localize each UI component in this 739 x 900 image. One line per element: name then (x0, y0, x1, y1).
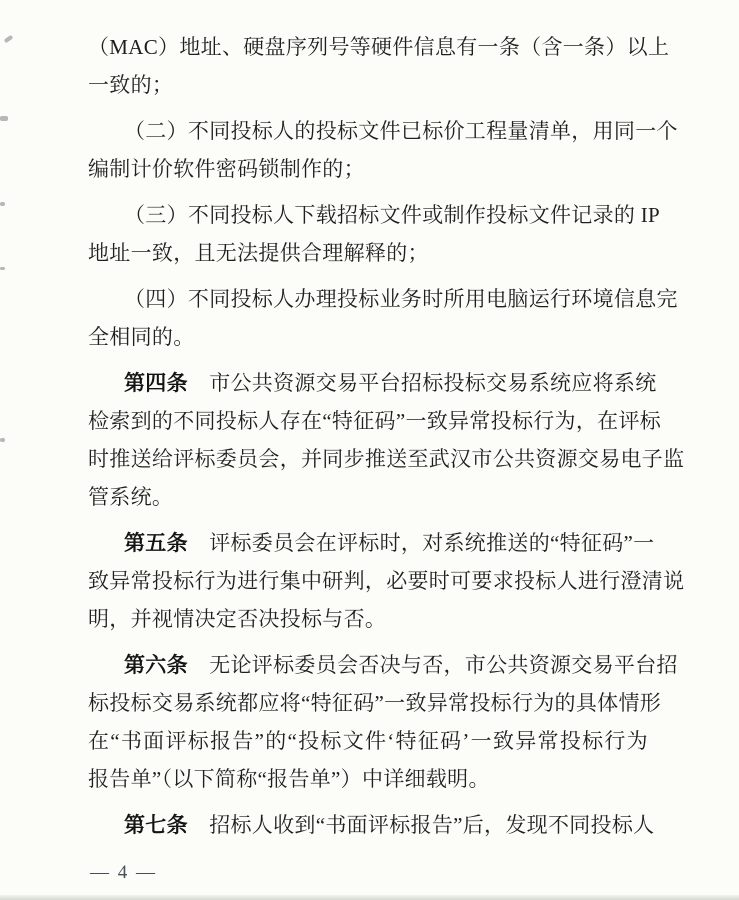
line-text: 全相同的。 (88, 325, 195, 349)
text-line: （四）不同投标人办理投标业务时所用电脑运行环境信息完 (88, 280, 648, 318)
text-line: 标投标交易系统都应将“特征码”一致异常投标行为的具体情形 (88, 684, 648, 722)
scan-speck (0, 267, 5, 270)
scan-speck (4, 35, 14, 43)
line-text: 明，并视情决定否决投标与否。 (88, 607, 386, 631)
scanned-document: { "page": { "width": 739, "height": 900,… (0, 0, 739, 900)
text-line: 第四条 市公共资源交易平台招标投标交易系统应将系统 (88, 364, 648, 402)
text-line: 时推送给评标委员会，并同步推送至武汉市公共资源交易电子监 (88, 440, 648, 478)
line-text: （四）不同投标人办理投标业务时所用电脑运行环境信息完 (124, 287, 678, 311)
text-line: 编制计价软件密码锁制作的； (88, 150, 648, 188)
text-line: （MAC）地址、硬盘序列号等硬件信息有一条（含一条）以上 (88, 28, 648, 66)
line-text: 管系统。 (88, 485, 173, 509)
text-line: 致异常投标行为进行集中研判，必要时可要求投标人进行澄清说 (88, 562, 648, 600)
page-number: — 4 — (90, 862, 157, 884)
text-line: 检索到的不同投标人存在“特征码”一致异常投标行为，在评标 (88, 402, 648, 440)
scan-speck (0, 116, 8, 121)
line-text: 地址一致，且无法提供合理解释的； (88, 241, 429, 265)
text-line: 管系统。 (88, 478, 648, 516)
text-line: 第五条 评标委员会在评标时，对系统推送的“特征码”一 (88, 524, 648, 562)
line-text: 无论评标委员会否决与否，市公共资源交易平台招 (188, 653, 678, 677)
line-text: 市公共资源交易平台招标投标交易系统应将系统 (188, 371, 657, 395)
line-text: 评标委员会在评标时，对系统推送的“特征码”一 (188, 531, 655, 555)
text-line: （三）不同投标人下载招标文件或制作投标文件记录的 IP (88, 196, 648, 234)
scan-speck (0, 438, 5, 442)
line-text: （MAC）地址、硬盘序列号等硬件信息有一条（含一条）以上 (88, 35, 669, 59)
article-number: 第四条 (124, 371, 188, 395)
text-line: 第七条 招标人收到“书面评标报告”后，发现不同投标人 (88, 806, 648, 844)
article-number: 第七条 (124, 813, 188, 837)
text-line: （二）不同投标人的投标文件已标价工程量清单，用同一个 (88, 112, 648, 150)
text-line: 全相同的。 (88, 318, 648, 356)
line-text: 检索到的不同投标人存在“特征码”一致异常投标行为，在评标 (88, 409, 661, 433)
text-line: 在“书面评标报告”的“投标文件‘特征码’一致异常投标行为 (88, 722, 648, 760)
line-text: 一致的； (88, 73, 173, 97)
line-text: 编制计价软件密码锁制作的； (88, 157, 365, 181)
scan-bottom-edge (0, 895, 739, 900)
line-text: 报告单”（以下简称“报告单”）中详细载明。 (88, 767, 490, 791)
line-text: 致异常投标行为进行集中研判，必要时可要求投标人进行澄清说 (88, 569, 684, 593)
line-text: 招标人收到“书面评标报告”后，发现不同投标人 (188, 813, 655, 837)
text-line: 明，并视情决定否决投标与否。 (88, 600, 648, 638)
scan-speck (0, 202, 5, 206)
article-number: 第五条 (124, 531, 188, 555)
line-text: （三）不同投标人下载招标文件或制作投标文件记录的 IP (124, 203, 660, 227)
article-number: 第六条 (124, 653, 188, 677)
text-line: 第六条 无论评标委员会否决与否，市公共资源交易平台招 (88, 646, 648, 684)
line-text: 标投标交易系统都应将“特征码”一致异常投标行为的具体情形 (88, 691, 661, 715)
line-text: 在“书面评标报告”的“投标文件‘特征码’一致异常投标行为 (88, 729, 648, 753)
line-text: 时推送给评标委员会，并同步推送至武汉市公共资源交易电子监 (88, 447, 684, 471)
text-line: 地址一致，且无法提供合理解释的； (88, 234, 648, 272)
text-line: 一致的； (88, 66, 648, 104)
line-text: （二）不同投标人的投标文件已标价工程量清单，用同一个 (124, 119, 678, 143)
text-line: 报告单”（以下简称“报告单”）中详细载明。 (88, 760, 648, 798)
document-body: （MAC）地址、硬盘序列号等硬件信息有一条（含一条）以上 一致的； （二）不同投… (88, 28, 648, 844)
